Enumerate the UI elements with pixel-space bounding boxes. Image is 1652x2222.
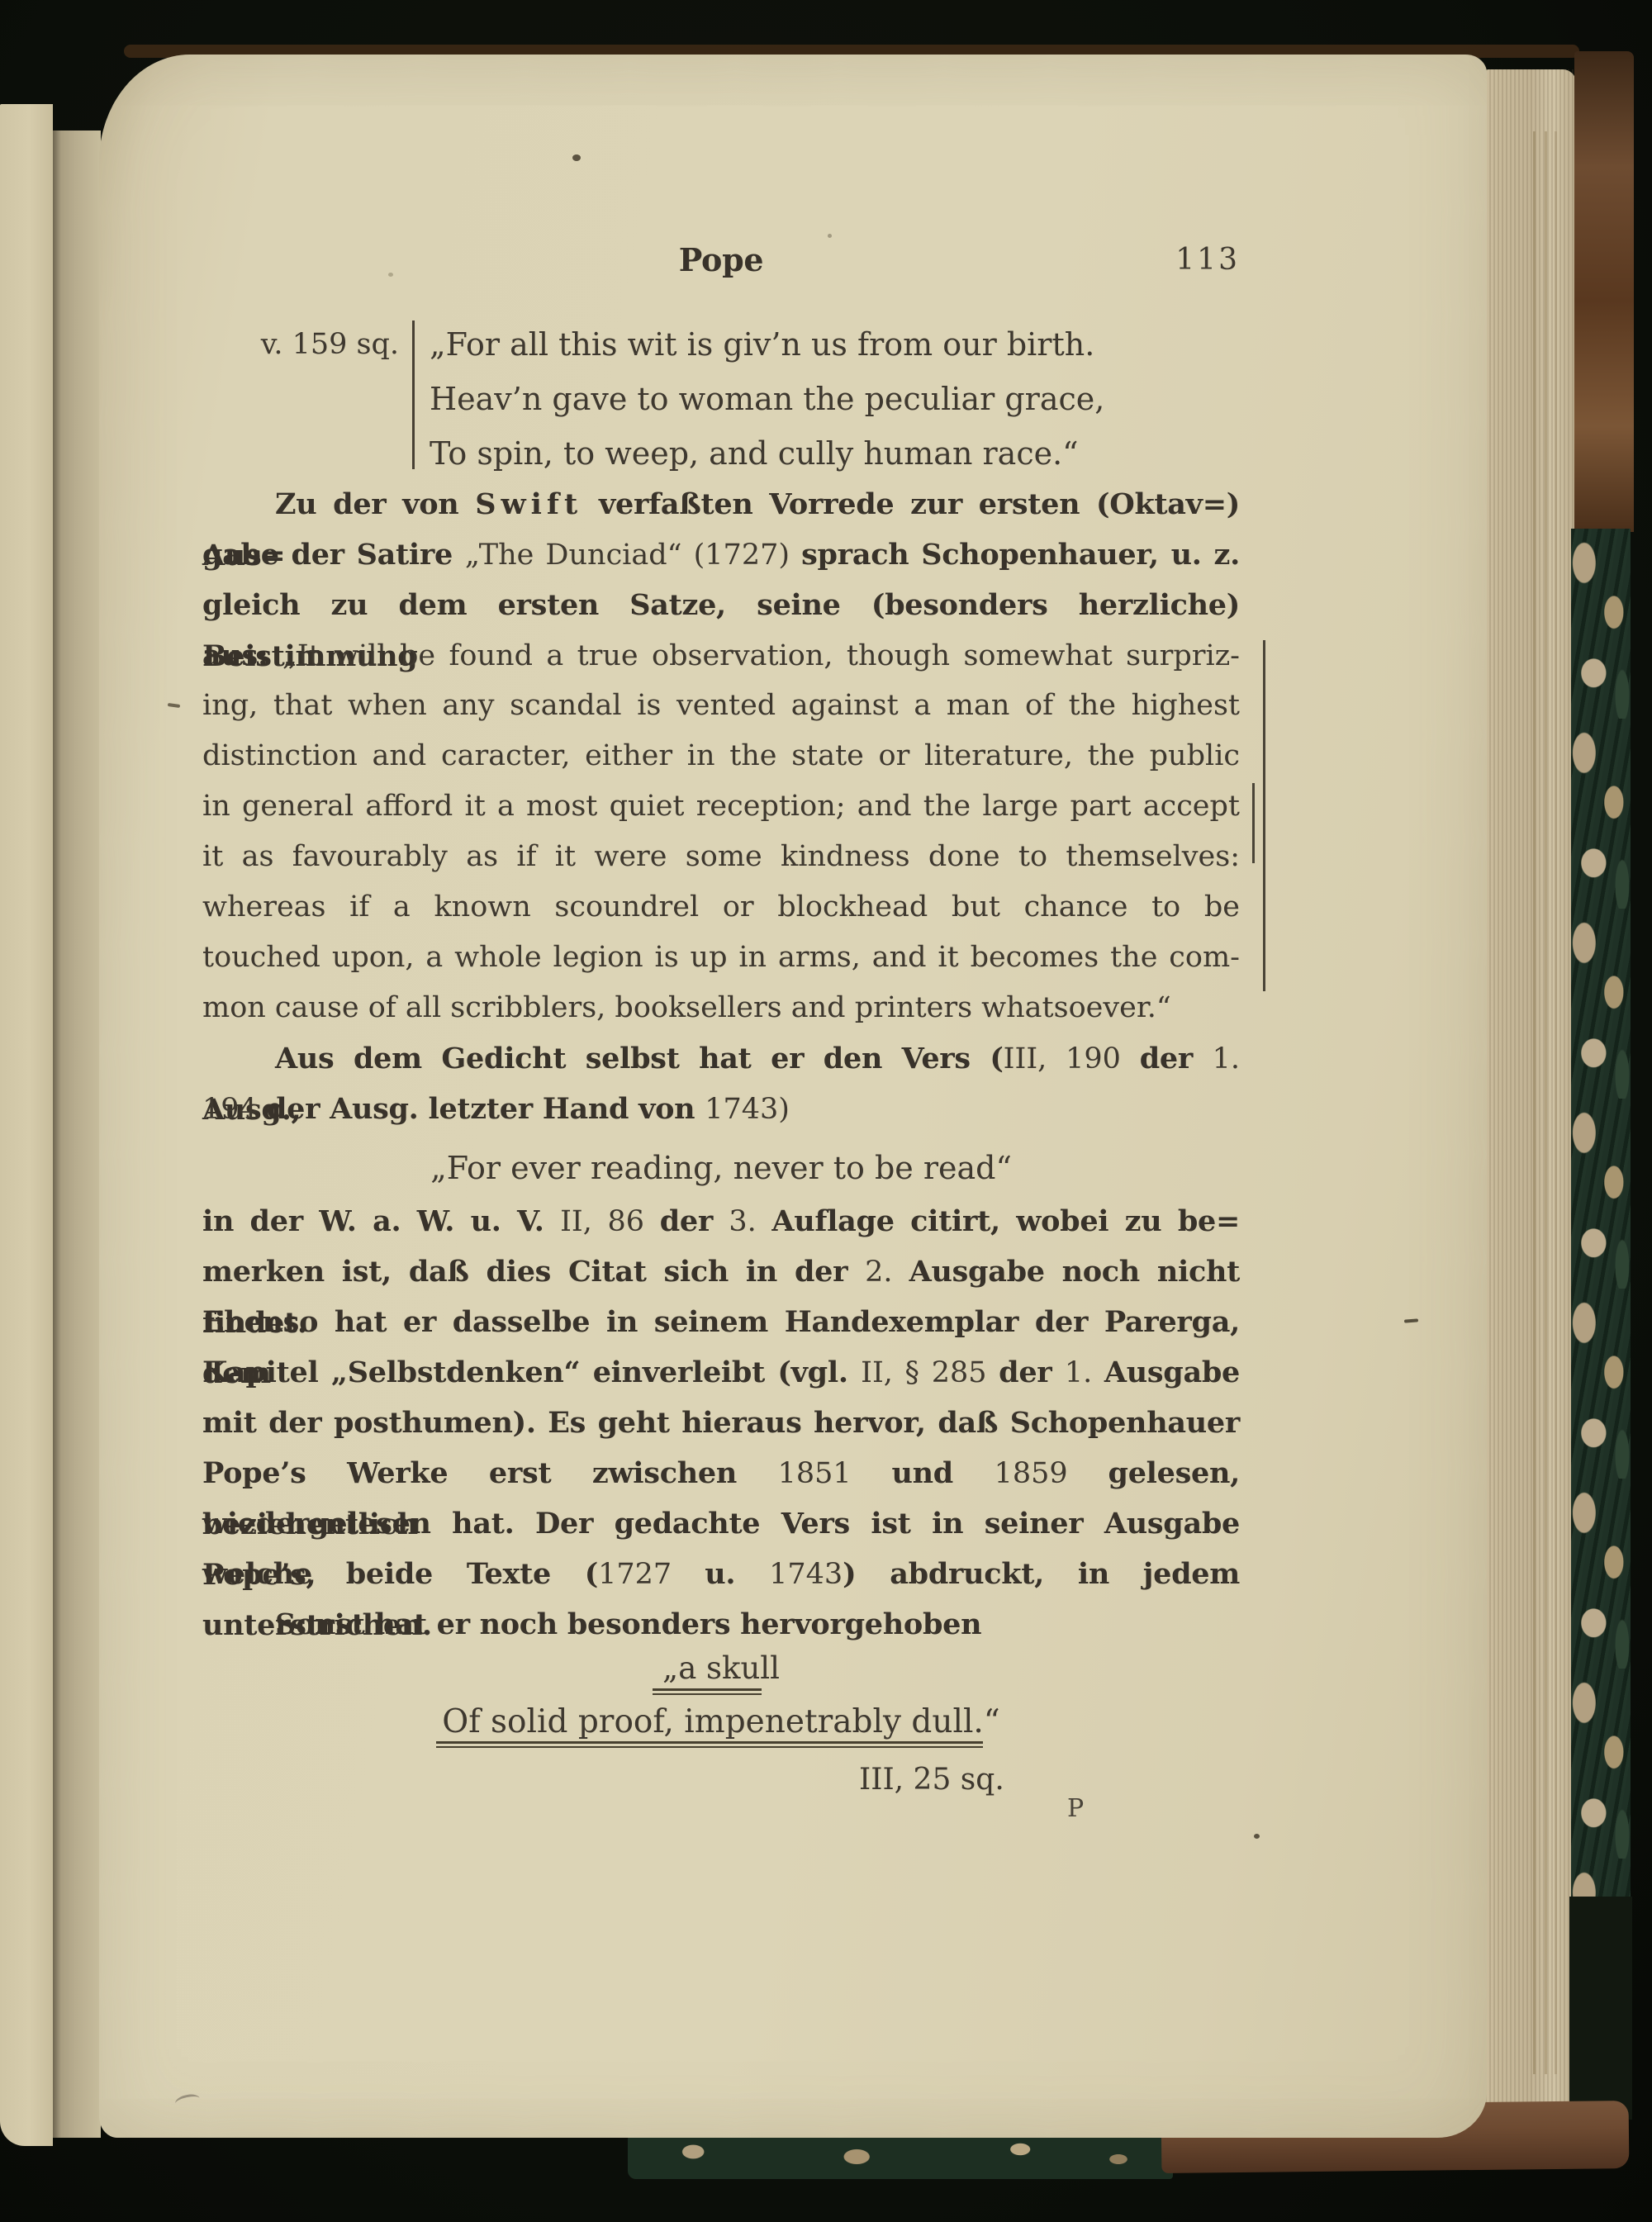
paragraph: Aus dem Gedicht selbst hat er den Vers (…: [202, 1033, 1240, 1134]
margin-emphasis-line-long: [1263, 640, 1265, 991]
running-header-title: Pope: [202, 241, 1240, 278]
margin-emphasis-line-short: [1252, 783, 1255, 863]
text-line: Aus dem Gedicht selbst hat er den Vers (…: [202, 1033, 1240, 1084]
running-header: Pope 113: [202, 241, 1240, 282]
text-line: Ebenso hat er dasselbe in seinem Handexe…: [202, 1297, 1240, 1347]
text-line: wiedergelesen hat. Der gedachte Vers ist…: [202, 1498, 1240, 1549]
page-number: 113: [1175, 243, 1240, 277]
scanned-book-photo: Pope 113 v. 159 sq. „For all this wit is…: [0, 0, 1652, 2222]
text-line: Heav’n gave to woman the peculiar grace,: [430, 372, 1104, 426]
text-line: welche beide Texte (1727 u. 1743) abdruc…: [202, 1549, 1240, 1599]
skull-quote-line-2: Of solid proof, impenetrably dull.“: [202, 1703, 1240, 1740]
skull-quote-line-1: „a skull: [202, 1650, 1240, 1686]
text-line: Zu der von Swift verfaßten Vorrede zur e…: [202, 479, 1240, 529]
paragraph: Zu der von Swift verfaßten Vorrede zur e…: [202, 479, 1240, 1033]
text-line: whereas if a known scoundrel or blockhea…: [202, 882, 1240, 933]
underline-rule: [653, 1688, 762, 1695]
text-line: merken ist, daß dies Citat sich in der 2…: [202, 1246, 1240, 1297]
text-line: Sonst hat er noch besonders hervorgehobe…: [202, 1599, 1240, 1650]
text-line: it as favourably as if it were some kind…: [202, 832, 1240, 882]
text-line: mit der posthumen). Es geht hieraus herv…: [202, 1398, 1240, 1448]
text-line: ing, that when any scandal is vented aga…: [202, 681, 1240, 731]
signature-mark: P: [1067, 1794, 1084, 1823]
text-line: 194 der Ausg. letzter Hand von 1743): [202, 1084, 1240, 1134]
ink-speck: [828, 234, 832, 238]
ink-speck: [388, 273, 393, 277]
page-content: Pope 113 v. 159 sq. „For all this wit is…: [0, 0, 1652, 2222]
verse-quote-block: v. 159 sq. „For all this wit is giv’n us…: [202, 317, 1104, 481]
text-line: aus: „It will be found a true observatio…: [202, 630, 1240, 681]
paragraph: in der W. a. W. u. V. II, 86 der 3. Aufl…: [202, 1196, 1240, 1599]
text-line: Pope’s Werke erst zwischen 1851 und 1859…: [202, 1448, 1240, 1498]
ink-speck: [1254, 1834, 1260, 1839]
text-line: in der W. a. W. u. V. II, 86 der 3. Aufl…: [202, 1196, 1240, 1246]
verse-reference: v. 159 sq.: [202, 317, 412, 481]
text-line: gleich zu dem ersten Satze, seine (beson…: [202, 580, 1240, 630]
text-line: „For all this wit is giv’n us from our b…: [430, 317, 1104, 372]
text-line: distinction and caracter, either in the …: [202, 731, 1240, 781]
citation-reference: III, 25 sq.: [859, 1763, 1004, 1797]
text-line: To spin, to weep, and cully human race.“: [430, 426, 1104, 481]
paragraph: Sonst hat er noch besonders hervorgehobe…: [202, 1599, 1240, 1650]
text-line: Kapitel „Selbstdenken“ einverleibt (vgl.…: [202, 1347, 1240, 1398]
underline-rule: [436, 1741, 983, 1748]
text-line: gabe der Satire „The Dunciad“ (1727) spr…: [202, 529, 1240, 580]
text-line: mon cause of all scribblers, booksellers…: [202, 983, 1240, 1033]
centered-verse-quote: „For ever reading, never to be read“: [202, 1150, 1240, 1186]
text-line: in general afford it a most quiet recept…: [202, 781, 1240, 832]
pencil-mark: [174, 2092, 201, 2110]
verse-lines: „For all this wit is giv’n us from our b…: [415, 317, 1104, 481]
ink-speck: [572, 154, 581, 161]
text-line: touched upon, a whole legion is up in ar…: [202, 933, 1240, 983]
margin-pencil-dash: [168, 703, 180, 708]
margin-pencil-dash: [1404, 1318, 1418, 1322]
